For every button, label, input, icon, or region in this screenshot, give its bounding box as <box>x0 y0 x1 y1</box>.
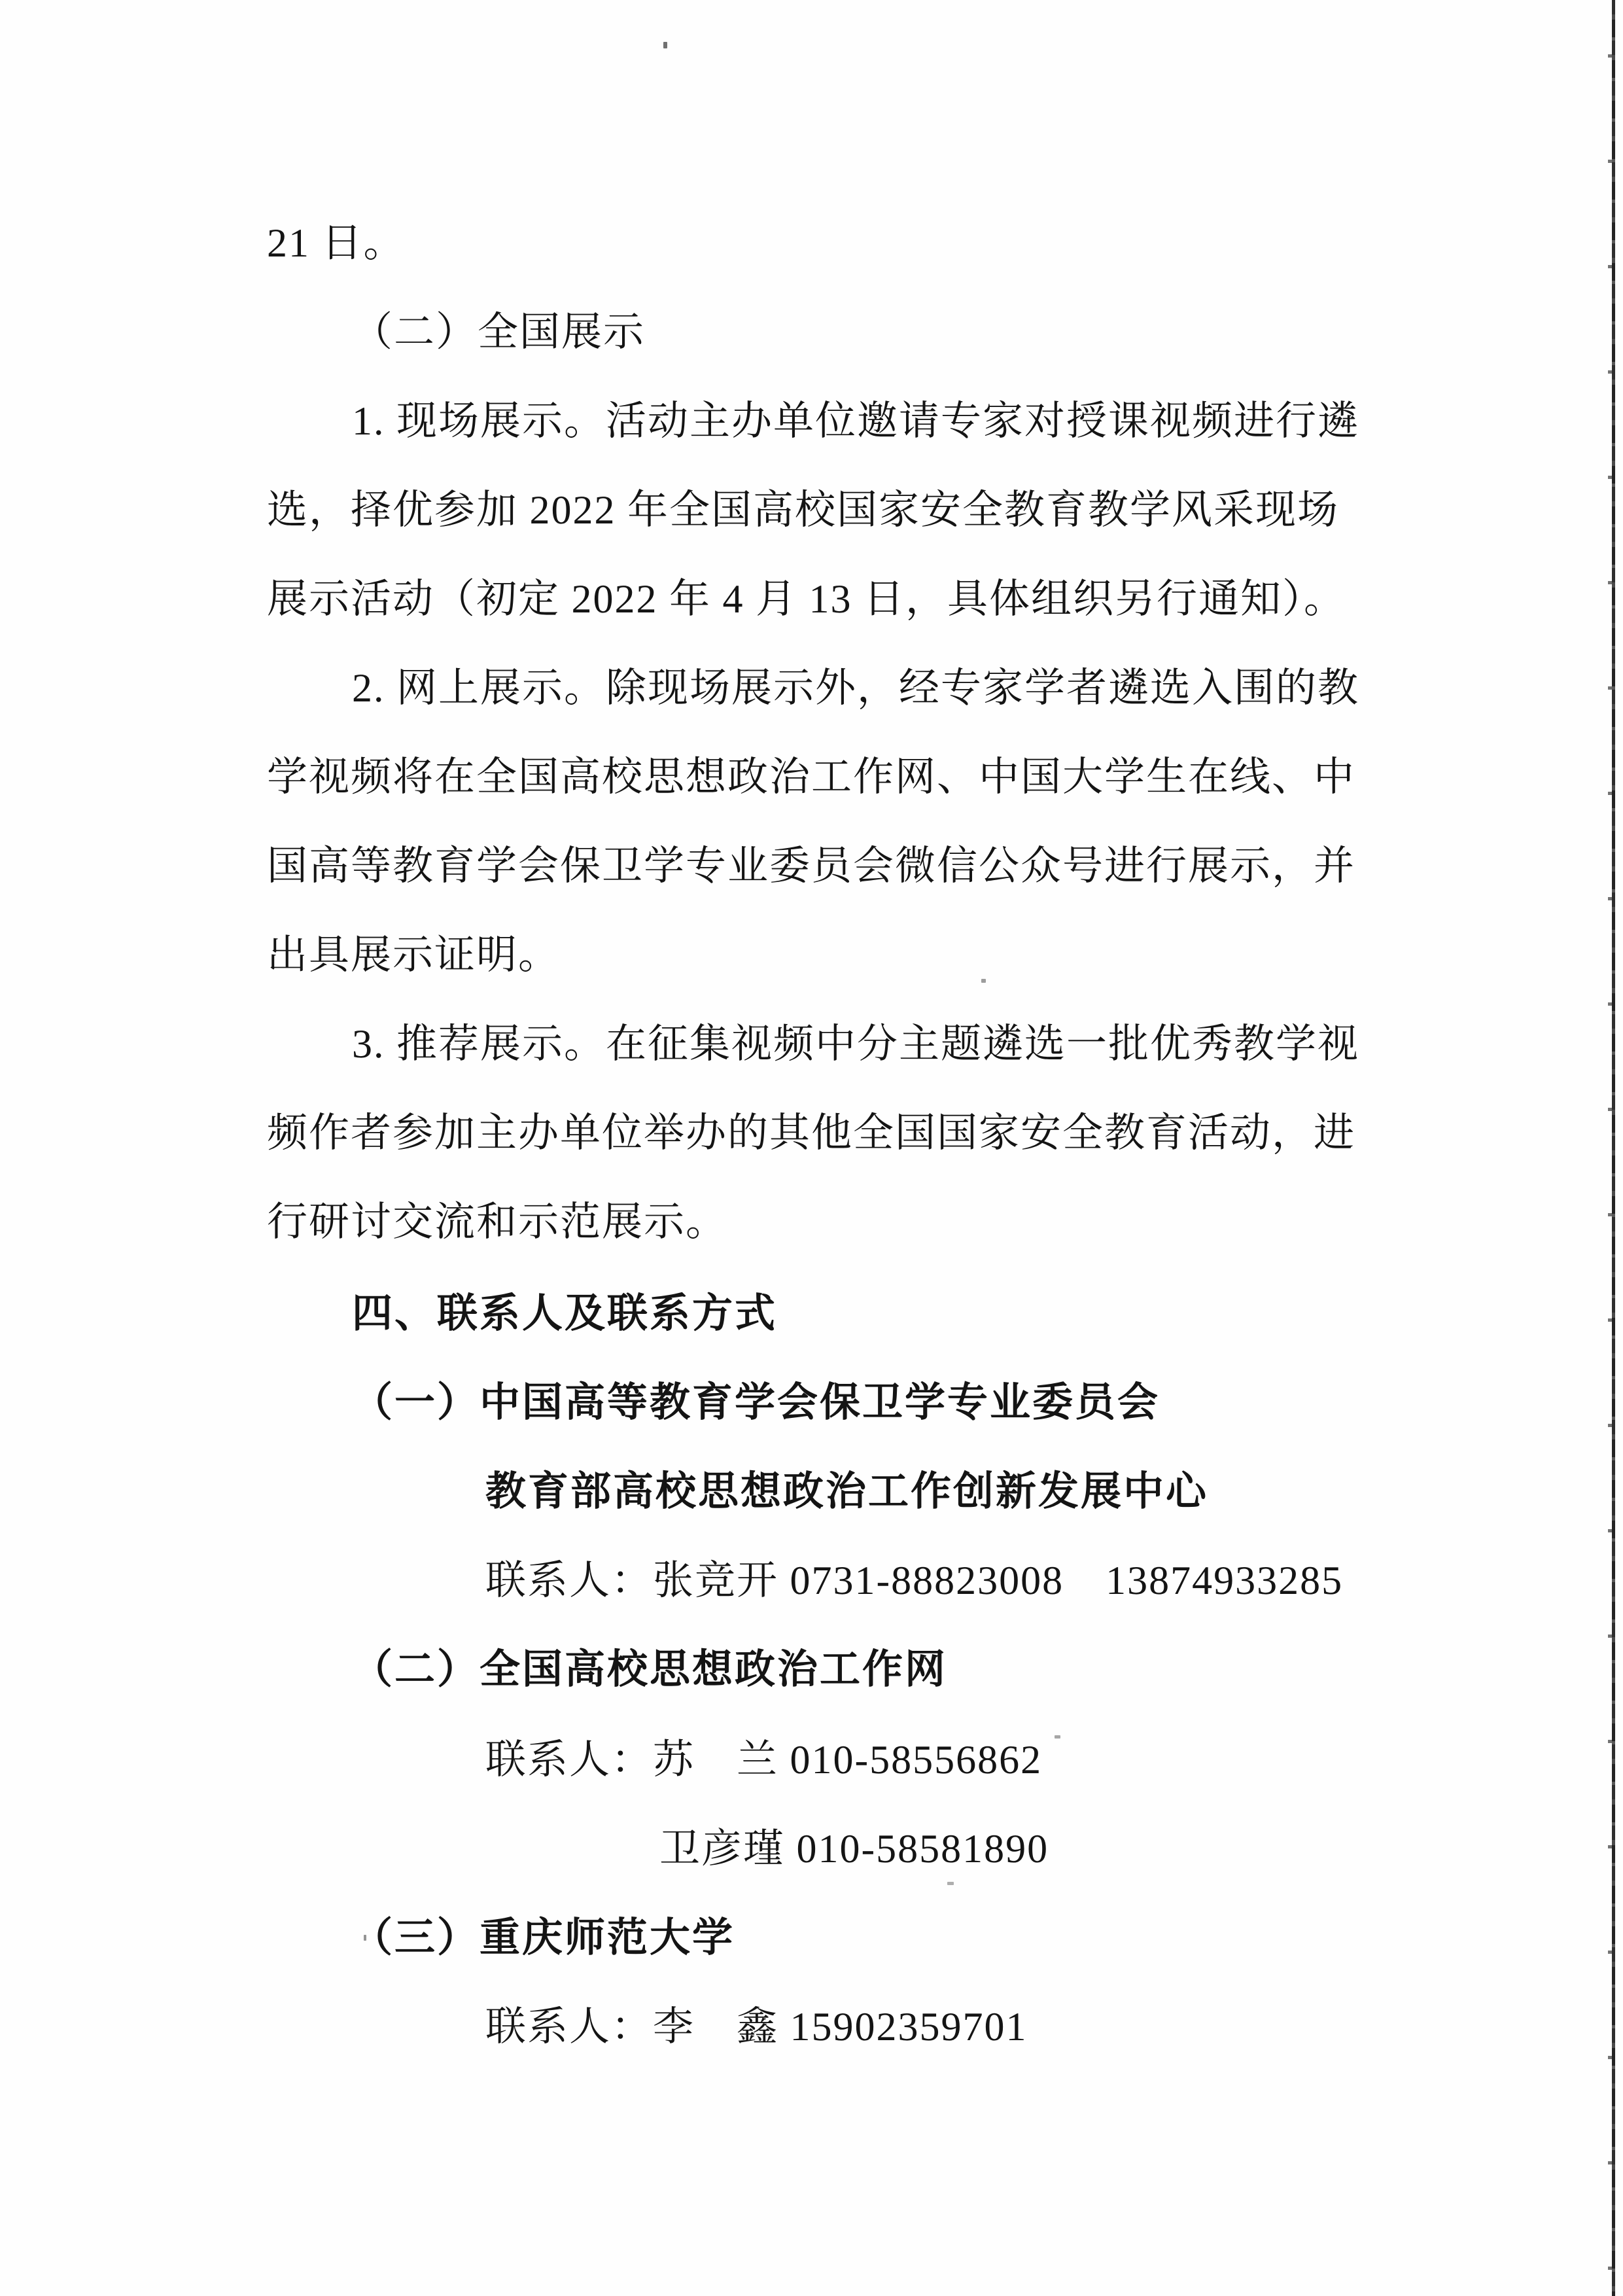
scan-artifact-speck <box>663 42 667 48</box>
contact-org-3-person-phone: 联系人：李 鑫 15902359701 <box>485 2001 1028 2053</box>
text-line-2: （二）全国展示 <box>352 306 645 359</box>
text-line-11: 频作者参加主办单位举办的其他全国国家安全教育活动，进 <box>267 1107 1355 1159</box>
text-line-8: 国高等教育学会保卫学专业委员会微信公众号进行展示，并 <box>267 840 1355 892</box>
scan-artifact-speck <box>364 1935 366 1941</box>
section-heading-contacts: 四、联系人及联系方式 <box>352 1288 777 1340</box>
text-line-12: 行研讨交流和示范展示。 <box>267 1196 727 1248</box>
contact-org-1-name: （一）中国高等教育学会保卫学专业委员会 <box>352 1377 1160 1429</box>
scan-artifact-right-edge-line <box>1612 0 1615 2296</box>
text-line-4: 选，择优参加 2022 年全国高校国家安全教育教学风采现场 <box>267 484 1339 537</box>
text-line-3: 1. 现场展示。活动主办单位邀请专家对授课视频进行遴 <box>352 395 1359 448</box>
contact-org-3-name: （三）重庆师范大学 <box>352 1912 735 1964</box>
text-line-10: 3. 推荐展示。在征集视频中分主题遴选一批优秀教学视 <box>352 1018 1359 1070</box>
text-line-7: 学视频将在全国高校思想政治工作网、中国大学生在线、中 <box>267 751 1355 804</box>
contact-org-1-name-line-2: 教育部高校思想政治工作创新发展中心 <box>485 1466 1208 1518</box>
text-line-1: 21 日。 <box>267 217 406 270</box>
text-line-9: 出具展示证明。 <box>267 929 560 981</box>
contact-org-2-person-2-phone: 卫彦瑾 010-58581890 <box>659 1823 1049 1875</box>
scan-artifact-speck <box>981 979 986 983</box>
contact-org-2-person-1-phone: 联系人：苏 兰 010-58556862 <box>485 1734 1042 1786</box>
contact-org-1-person-phone: 联系人：张竞开 0731-88823008 13874933285 <box>485 1555 1343 1607</box>
text-line-6: 2. 网上展示。除现场展示外，经专家学者遴选入围的教 <box>352 662 1359 715</box>
text-line-5: 展示活动（初定 2022 年 4 月 13 日，具体组织另行通知）。 <box>267 573 1346 626</box>
document-page: 21 日。 （二）全国展示 1. 现场展示。活动主办单位邀请专家对授课视频进行遴… <box>0 0 1623 2296</box>
scan-artifact-right-edge-ticks <box>1608 0 1612 2296</box>
scan-artifact-speck <box>1055 1735 1060 1739</box>
contact-org-2-name: （二）全国高校思想政治工作网 <box>352 1644 947 1696</box>
scan-artifact-speck <box>947 1882 954 1885</box>
